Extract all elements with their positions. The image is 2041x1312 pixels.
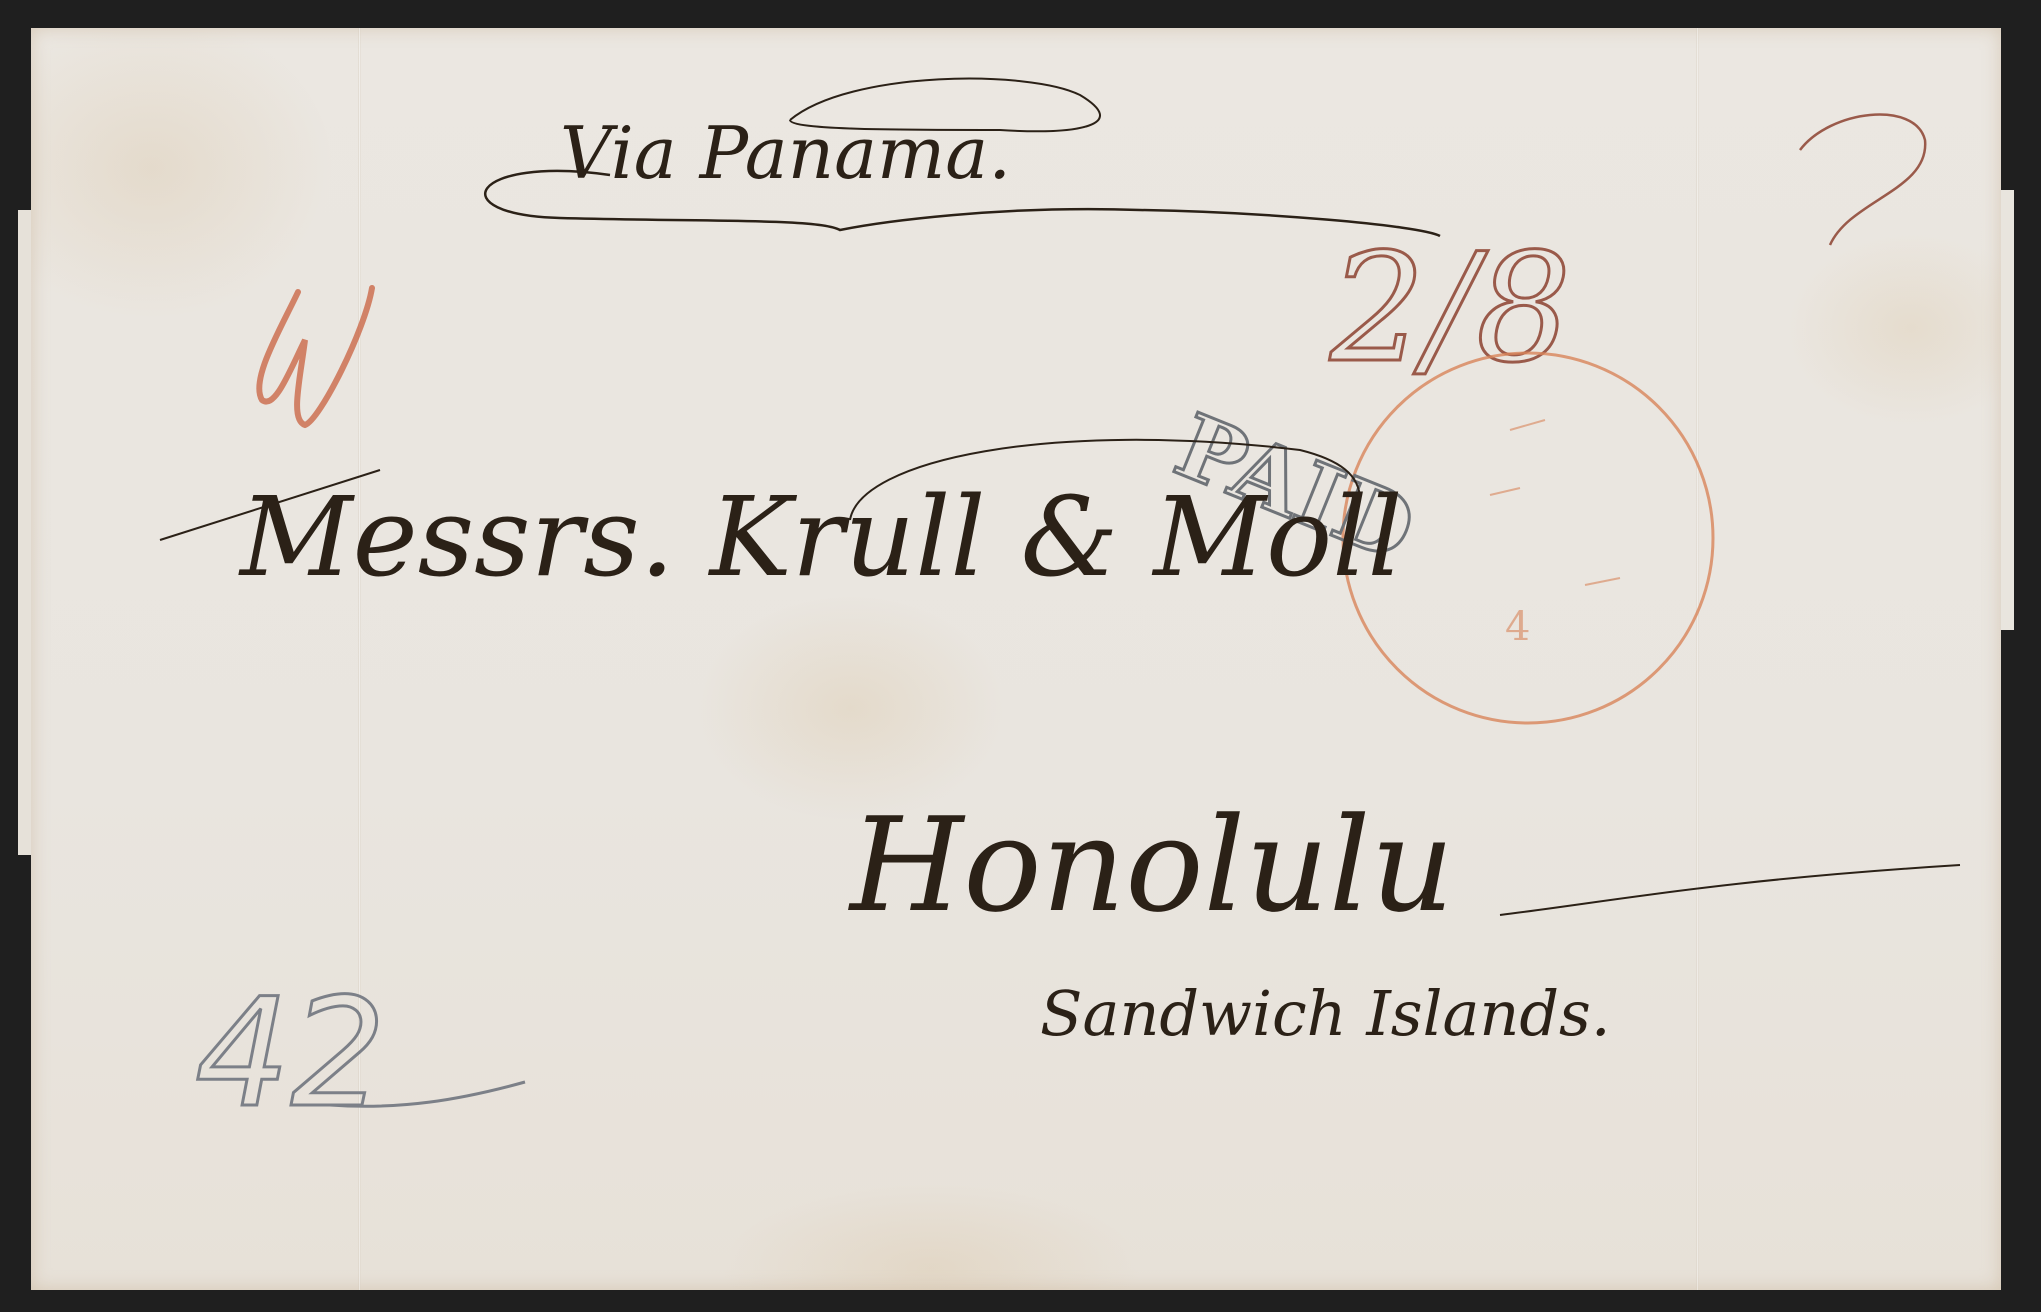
via-panama-text: Via Panama. (560, 111, 1011, 195)
pencil-42-text: 42 (195, 967, 386, 1141)
pencil-notation: 42 (195, 967, 525, 1141)
destination-city-text: Honolulu (848, 789, 1454, 941)
cover-photo: Via Panama. 2/8 4 PAID Messrs. Krull & M… (0, 0, 2041, 1312)
destination-region-text: Sandwich Islands. (1040, 977, 1611, 1050)
destination: Honolulu Sandwich Islands. (848, 789, 1960, 1050)
addressee-text: Messrs. Krull & Moll (238, 473, 1403, 601)
routing-endorsement: Via Panama. (485, 79, 1440, 236)
crayon-marking (259, 288, 372, 425)
svg-text:4: 4 (1505, 604, 1530, 650)
rate-marking: 2/8 (1329, 115, 1925, 396)
markings-layer: Via Panama. 2/8 4 PAID Messrs. Krull & M… (0, 0, 2041, 1312)
